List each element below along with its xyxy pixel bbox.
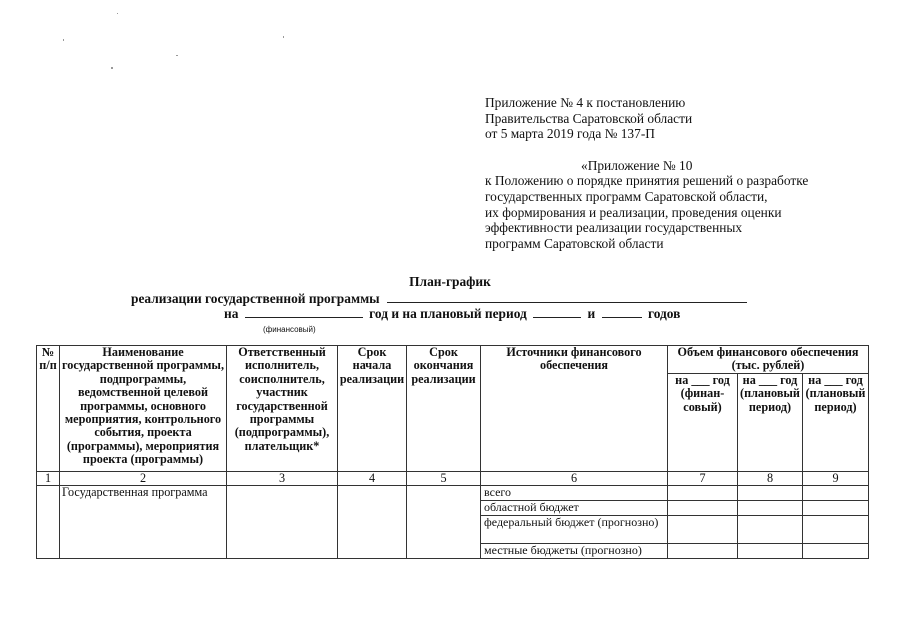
program-name-blank[interactable] [387, 290, 747, 303]
cell-number[interactable] [37, 486, 60, 559]
header-funding-group: Объем финансового обеспечения (тыс. рубл… [668, 346, 869, 374]
scan-speck [283, 36, 284, 38]
cell-amount[interactable] [803, 501, 869, 516]
column-number: 9 [803, 472, 869, 486]
scan-speck [63, 39, 64, 41]
financial-year-blank[interactable] [245, 305, 363, 318]
column-number: 3 [227, 472, 338, 486]
cell-amount[interactable] [738, 544, 803, 559]
financial-note: (финансовый) [263, 322, 316, 338]
cell-amount[interactable] [738, 486, 803, 501]
scan-speck [111, 67, 113, 69]
cell-responsible[interactable] [227, 486, 338, 559]
page-title: План-график [409, 274, 491, 290]
source-regional: областной бюджет [481, 501, 668, 516]
header-year-planned-1: на ___ год (плановый период) [738, 373, 803, 471]
attachment-line: программ Саратовской области [485, 236, 808, 252]
attachment-line: от 5 марта 2019 года № 137-П [485, 126, 808, 142]
document-title: План-график реализации государственной п… [0, 274, 905, 290]
source-total: всего [481, 486, 668, 501]
planned-year-1-blank[interactable] [533, 305, 581, 318]
title-program-text: реализации государственной программы [131, 291, 380, 306]
attachment-line: Приложение № 4 к постановлению [485, 95, 808, 111]
header-year-planned-2: на ___ год (плановый период) [803, 373, 869, 471]
column-number: 2 [60, 472, 227, 486]
column-number: 6 [481, 472, 668, 486]
cell-amount[interactable] [803, 516, 869, 544]
cell-amount[interactable] [803, 544, 869, 559]
scan-speck [117, 13, 118, 14]
cell-amount[interactable] [668, 486, 738, 501]
title-period-line: на год и на плановый период и годов [224, 305, 680, 322]
attachment-line: «Приложение № 10 [485, 158, 808, 174]
attachment-line: их формирования и реализации, проведения… [485, 205, 808, 221]
cell-start[interactable] [338, 486, 407, 559]
cell-amount[interactable] [668, 501, 738, 516]
spacer [485, 142, 808, 158]
title-period-suffix: годов [648, 306, 680, 321]
attachment-line: эффективности реализации государственных [485, 220, 808, 236]
header-number: № п/п [37, 346, 60, 472]
cell-end[interactable] [407, 486, 481, 559]
title-period-prefix: на [224, 306, 238, 321]
cell-program-name[interactable]: Государственная программа [60, 486, 227, 559]
cell-amount[interactable] [803, 486, 869, 501]
plan-schedule-table: № п/п Наименование государственной прогр… [36, 345, 869, 559]
source-federal: федеральный бюджет (прогнозно) [481, 516, 668, 544]
title-period-middle: год и на плановый период [369, 306, 527, 321]
header-row: № п/п Наименование государственной прогр… [37, 346, 869, 374]
title-period-and: и [588, 306, 596, 321]
header-name: Наименование государственной программы, … [60, 346, 227, 472]
header-sources: Источники финансового обеспечения [481, 346, 668, 472]
column-number: 7 [668, 472, 738, 486]
cell-amount[interactable] [668, 516, 738, 544]
cell-amount[interactable] [668, 544, 738, 559]
header-start: Срок начала реализации [338, 346, 407, 472]
scan-speck [176, 55, 178, 56]
header-responsible: Ответственный исполнитель, соисполнитель… [227, 346, 338, 472]
attachment-line: к Положению о порядке принятия решений о… [485, 173, 808, 189]
column-number: 5 [407, 472, 481, 486]
cell-amount[interactable] [738, 501, 803, 516]
attachment-line: государственных программ Саратовской обл… [485, 189, 808, 205]
column-number: 1 [37, 472, 60, 486]
attachment-block: Приложение № 4 к постановлению Правитель… [485, 95, 808, 251]
planned-year-2-blank[interactable] [602, 305, 642, 318]
table-row: Государственная программа всего [37, 486, 869, 501]
attachment-line: Правительства Саратовской области [485, 111, 808, 127]
header-end: Срок окончания реализации [407, 346, 481, 472]
cell-amount[interactable] [738, 516, 803, 544]
header-year-financial: на ___ год (финан-совый) [668, 373, 738, 471]
column-number: 8 [738, 472, 803, 486]
column-numbers-row: 1 2 3 4 5 6 7 8 9 [37, 472, 869, 486]
column-number: 4 [338, 472, 407, 486]
source-local: местные бюджеты (прогнозно) [481, 544, 668, 559]
